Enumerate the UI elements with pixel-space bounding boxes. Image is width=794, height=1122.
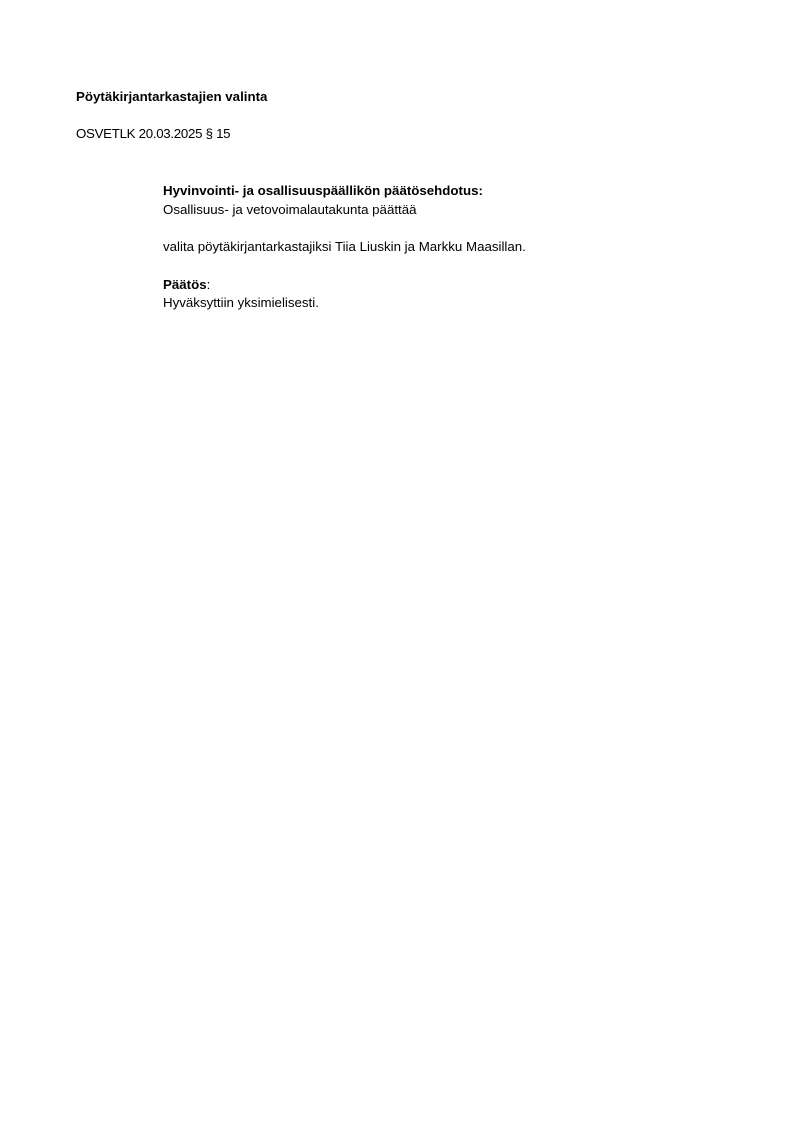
meeting-reference: OSVETLK 20.03.2025 § 15 (76, 126, 230, 141)
minutes-body: Hyvinvointi- ja osallisuuspäällikön päät… (163, 182, 526, 313)
spacer (163, 257, 526, 276)
proposal-text: valita pöytäkirjantarkastajiksi Tiia Liu… (163, 238, 526, 257)
proposal-heading: Hyvinvointi- ja osallisuuspäällikön päät… (163, 182, 526, 201)
document-title: Pöytäkirjantarkastajien valinta (76, 89, 267, 104)
decision-heading: Päätös (163, 277, 207, 292)
spacer (163, 219, 526, 238)
proposal-intro: Osallisuus- ja vetovoimalautakunta päätt… (163, 201, 526, 220)
decision-heading-line: Päätös: (163, 276, 526, 295)
decision-heading-colon: : (207, 277, 211, 292)
decision-text: Hyväksyttiin yksimielisesti. (163, 294, 526, 313)
